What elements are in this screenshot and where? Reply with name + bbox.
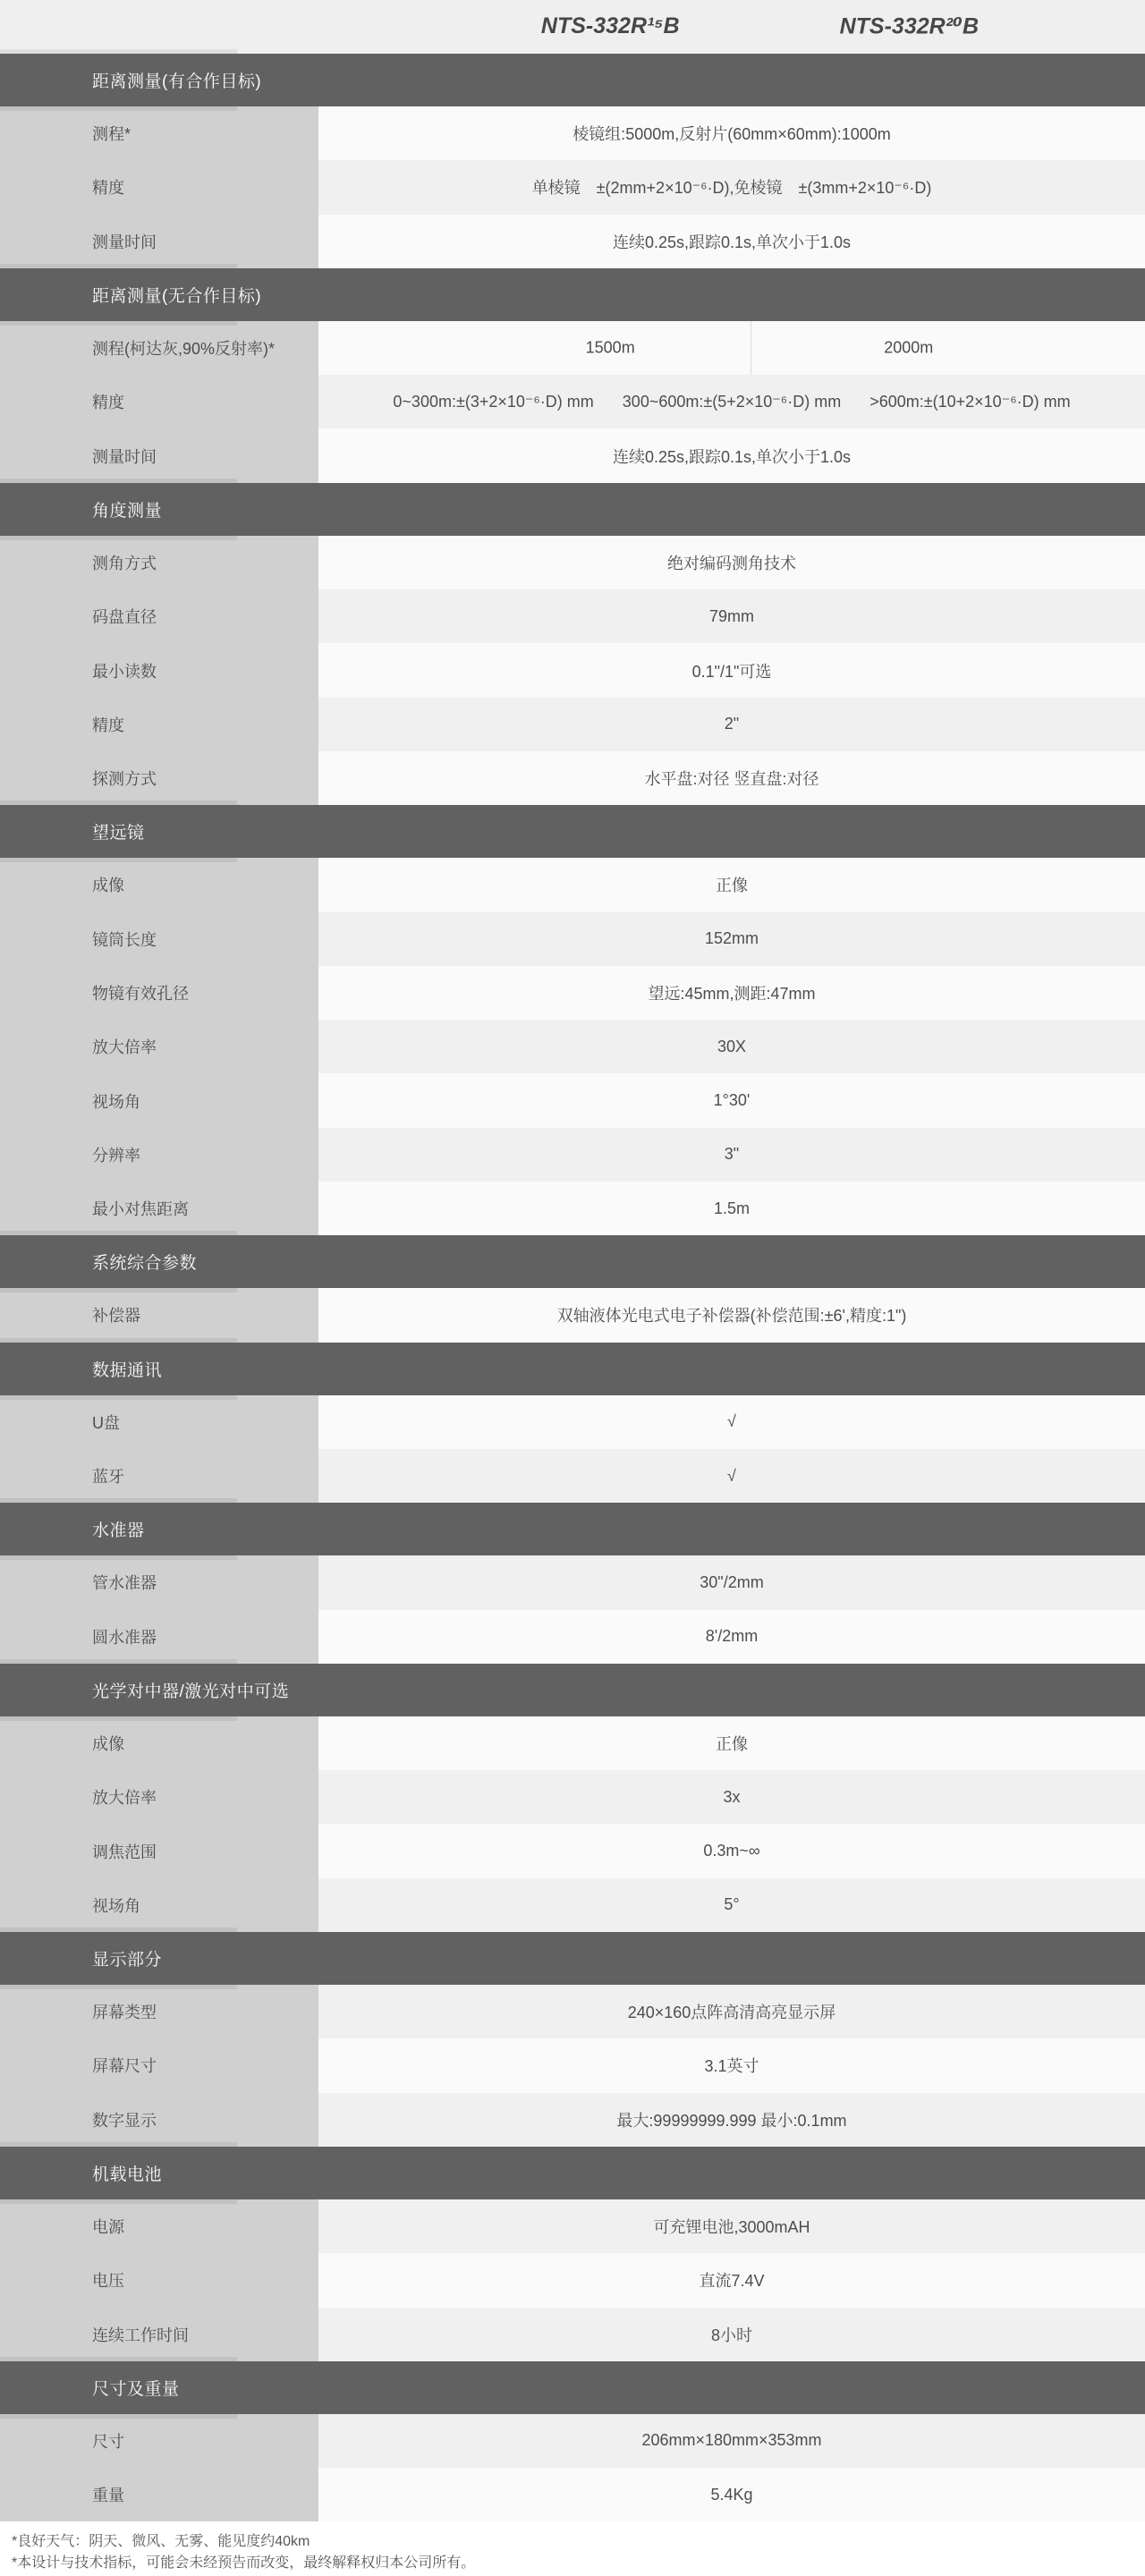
spec-value-cell: 2" [318,698,1145,751]
spec-label: 精度 [92,390,124,413]
spec-label-cell: 蓝牙 [0,1449,318,1503]
spec-sheet: NTS-332R¹⁵B NTS-332R²⁰B 距离测量(有合作目标)测程*棱镜… [0,0,1145,2576]
spec-label: 测程* [92,122,131,145]
spec-value: 3x [723,1788,740,1807]
product-name-r20b: NTS-332R²⁰B [840,13,979,39]
spec-label: 重量 [92,2483,124,2506]
spec-label: U盘 [92,1411,120,1434]
spec-value-cell: 连续0.25s,跟踪0.1s,单次小于1.0s [318,428,1145,482]
precision-segment: >600m:±(10+2×10⁻⁶·D) mm [869,393,1070,411]
spec-value: 1.5m [714,1199,750,1218]
spec-label-cell: 放大倍率 [0,1020,318,1073]
footnotes: *良好天气：阴天、微风、无雾、能见度约40km *本设计与技术指标，可能会未经预… [0,2521,1145,2574]
section-title: 望远镜 [0,819,145,843]
spec-value-cell: 0.1"/1"可选 [318,643,1145,697]
spec-value-cell: √ [318,1449,1145,1503]
spec-label: 视场角 [92,1089,140,1113]
spec-label: 镜筒长度 [92,928,157,951]
spec-value-cell: 5° [318,1878,1145,1932]
spec-label-cell: 调焦范围 [0,1824,318,1877]
spec-label-cell: 补偿器 [0,1288,318,1342]
spec-label-cell: 精度 [0,160,318,214]
spec-value: 0.3m~∞ [703,1842,759,1860]
section-header-bar: 光学对中器/激光对中可选 [0,1664,1145,1716]
spec-label: 放大倍率 [92,1785,157,1809]
spec-row: 物镜有效孔径望远:45mm,测距:47mm [0,966,1145,1020]
spec-value: 双轴液体光电式电子补偿器(补偿范围:±6',精度:1") [557,1303,907,1326]
spec-value-cell: 连续0.25s,跟踪0.1s,单次小于1.0s [318,215,1145,268]
spec-label-cell: 视场角 [0,1878,318,1932]
spec-value: √ [727,1412,736,1431]
spec-row: 最小读数0.1"/1"可选 [0,643,1145,697]
section-header-bar: 距离测量(无合作目标) [0,268,1145,321]
spec-value: 绝对编码测角技术 [667,551,796,574]
section-header-bar: 水准器 [0,1503,1145,1555]
precision-segment: 300~600m:±(5+2×10⁻⁶·D) mm [623,393,841,411]
spec-value: 单棱镜 ±(2mm+2×10⁻⁶·D),免棱镜 ±(3mm+2×10⁻⁶·D) [532,175,932,199]
spec-label: 数字显示 [92,2108,157,2131]
spec-row: 分辨率3" [0,1128,1145,1182]
spec-value-cell: 8'/2mm [318,1610,1145,1664]
spec-label-cell: 成像 [0,1716,318,1770]
section-header-bar: 望远镜 [0,805,1145,858]
spec-label-cell: 视场角 [0,1073,318,1127]
spec-value-cell: 绝对编码测角技术 [318,536,1145,589]
spec-value: 最大:99999999.999 最小:0.1mm [616,2108,846,2131]
spec-label-cell: 测程* [0,106,318,160]
spec-label-cell: 测量时间 [0,215,318,268]
spec-label-cell: 屏幕类型 [0,1985,318,2038]
spec-label: 屏幕类型 [92,2000,157,2023]
spec-value-cell: 152mm [318,912,1145,966]
spec-label: 测程(柯达灰,90%反射率)* [92,336,275,360]
spec-value: 206mm×180mm×353mm [641,2431,821,2450]
spec-row: 放大倍率30X [0,1020,1145,1073]
spec-row: 视场角1°30' [0,1073,1145,1127]
spec-label-cell: 测量时间 [0,428,318,482]
spec-label-cell: 重量 [0,2468,318,2521]
spec-row: 电源可充锂电池,3000mAH [0,2199,1145,2253]
spec-label: 放大倍率 [92,1035,157,1058]
spec-row: 圆水准器8'/2mm [0,1610,1145,1664]
spec-value: 正像 [716,1732,748,1755]
spec-label: 物镜有效孔径 [92,981,189,1004]
spec-label: 电源 [92,2215,124,2238]
spec-value-cell-multi: 0~300m:±(3+2×10⁻⁶·D) mm300~600m:±(5+2×10… [318,375,1145,428]
spec-value-cell: 206mm×180mm×353mm [318,2414,1145,2468]
spec-row: 测量时间连续0.25s,跟踪0.1s,单次小于1.0s [0,428,1145,482]
range-value-r15b: 1500m [586,339,635,358]
spec-label-cell: 圆水准器 [0,1610,318,1664]
spec-row: 精度0~300m:±(3+2×10⁻⁶·D) mm300~600m:±(5+2×… [0,375,1145,428]
spec-row: U盘√ [0,1395,1145,1449]
spec-value-cell-split: 1500m2000m [318,321,1145,375]
spec-row: 尺寸206mm×180mm×353mm [0,2414,1145,2468]
spec-value-cell: 240×160点阵高清高亮显示屏 [318,1985,1145,2038]
section-title: 角度测量 [0,497,162,521]
section-header-bar: 显示部分 [0,1932,1145,1985]
spec-value: 8小时 [711,2323,752,2346]
spec-label-cell: 最小读数 [0,643,318,697]
spec-row: 视场角5° [0,1878,1145,1932]
spec-row: 成像正像 [0,1716,1145,1770]
spec-label-cell: 物镜有效孔径 [0,966,318,1020]
spec-label: 最小对焦距离 [92,1197,189,1220]
spec-row: 数字显示最大:99999999.999 最小:0.1mm [0,2093,1145,2147]
spec-label: 管水准器 [92,1571,157,1594]
spec-value-cell: 1°30' [318,1073,1145,1127]
spec-value-cell: 单棱镜 ±(2mm+2×10⁻⁶·D),免棱镜 ±(3mm+2×10⁻⁶·D) [318,160,1145,214]
spec-label: 码盘直径 [92,605,157,628]
section-title: 距离测量(有合作目标) [0,68,261,92]
spec-value-cell: 可充锂电池,3000mAH [318,2199,1145,2253]
spec-label: 圆水准器 [92,1625,157,1648]
footnote-line: *良好天气：阴天、微风、无雾、能见度约40km [12,2531,1145,2553]
spec-label: 测量时间 [92,230,157,253]
spec-value: 240×160点阵高清高亮显示屏 [628,2000,836,2023]
spec-label-cell: 电源 [0,2199,318,2253]
spec-label-cell: 电压 [0,2253,318,2307]
spec-value: 连续0.25s,跟踪0.1s,单次小于1.0s [613,230,851,253]
spec-label: 补偿器 [92,1303,140,1326]
spec-value: 79mm [709,607,754,626]
spec-label-cell: 放大倍率 [0,1770,318,1824]
product-name-r15b: NTS-332R¹⁵B [541,13,680,39]
section-title: 距离测量(无合作目标) [0,283,261,307]
spec-value-cell: 8小时 [318,2308,1145,2361]
spec-value-cell: 0.3m~∞ [318,1824,1145,1877]
spec-row: 镜筒长度152mm [0,912,1145,966]
spec-label: 连续工作时间 [92,2323,189,2346]
spec-row: 成像正像 [0,858,1145,911]
spec-row: 重量5.4Kg [0,2468,1145,2521]
spec-row: 码盘直径79mm [0,589,1145,643]
spec-label: 调焦范围 [92,1840,157,1863]
spec-row: 连续工作时间8小时 [0,2308,1145,2361]
section-title: 机载电池 [0,2161,162,2185]
spec-label-cell: 屏幕尺寸 [0,2038,318,2092]
footnote-line: *本设计与技术指标，可能会未经预告而改变，最终解释权归本公司所有。 [12,2553,1145,2574]
spec-label-cell: 镜筒长度 [0,912,318,966]
spec-label: 探测方式 [92,767,157,790]
spec-label-cell: 测程(柯达灰,90%反射率)* [0,321,318,375]
spec-row: 精度2" [0,698,1145,751]
spec-label-cell: 码盘直径 [0,589,318,643]
spec-value: 棱镜组:5000m,反射片(60mm×60mm):1000m [572,122,891,145]
spec-value: 水平盘:对径 竖直盘:对径 [644,767,818,790]
spec-label: 最小读数 [92,659,157,682]
spec-value-cell: 30X [318,1020,1145,1073]
spec-value-cell: 直流7.4V [318,2253,1145,2307]
spec-value-cell: 棱镜组:5000m,反射片(60mm×60mm):1000m [318,106,1145,160]
spec-value-cell: 最大:99999999.999 最小:0.1mm [318,2093,1145,2147]
spec-row: 最小对焦距离1.5m [0,1182,1145,1235]
spec-value: 8'/2mm [706,1627,758,1646]
section-title: 尺寸及重量 [0,2376,180,2400]
section-header-bar: 距离测量(有合作目标) [0,54,1145,106]
spec-label-cell: 数字显示 [0,2093,318,2147]
spec-label: 成像 [92,1732,124,1755]
spec-label-cell: 管水准器 [0,1555,318,1609]
range-value-r20b: 2000m [884,339,933,358]
spec-value-cell: 望远:45mm,测距:47mm [318,966,1145,1020]
section-title: 显示部分 [0,1946,162,1970]
spec-label-cell: 分辨率 [0,1128,318,1182]
spec-value-cell: 30"/2mm [318,1555,1145,1609]
spec-value-cell: 正像 [318,1716,1145,1770]
spec-value: 152mm [705,929,759,948]
spec-value-cell: √ [318,1395,1145,1449]
spec-value: 5.4Kg [710,2486,752,2504]
spec-row: 管水准器30"/2mm [0,1555,1145,1609]
spec-value: 0.1"/1"可选 [692,659,772,682]
spec-label-cell: 精度 [0,375,318,428]
section-header-bar: 尺寸及重量 [0,2361,1145,2414]
section-title: 水准器 [0,1517,145,1541]
spec-label: 蓝牙 [92,1464,124,1487]
spec-row: 调焦范围0.3m~∞ [0,1824,1145,1877]
spec-label-cell: 精度 [0,698,318,751]
spec-label: 测角方式 [92,551,157,574]
spec-label: 视场角 [92,1894,140,1917]
spec-label: 测量时间 [92,445,157,468]
spec-row: 测程*棱镜组:5000m,反射片(60mm×60mm):1000m [0,106,1145,160]
spec-value: 直流7.4V [699,2268,764,2292]
spec-label: 分辨率 [92,1143,140,1166]
spec-row: 蓝牙√ [0,1449,1145,1503]
precision-segment: 0~300m:±(3+2×10⁻⁶·D) mm [393,393,593,411]
spec-value-cell: 双轴液体光电式电子补偿器(补偿范围:±6',精度:1") [318,1288,1145,1342]
spec-row: 精度单棱镜 ±(2mm+2×10⁻⁶·D),免棱镜 ±(3mm+2×10⁻⁶·D… [0,160,1145,214]
spec-value-cell: 79mm [318,589,1145,643]
spec-row: 探测方式水平盘:对径 竖直盘:对径 [0,751,1145,805]
spec-label: 屏幕尺寸 [92,2054,157,2077]
spec-value-cell: 1.5m [318,1182,1145,1235]
spec-table: 距离测量(有合作目标)测程*棱镜组:5000m,反射片(60mm×60mm):1… [0,54,1145,2521]
product-header-row: NTS-332R¹⁵B NTS-332R²⁰B [0,0,1145,54]
section-header-bar: 角度测量 [0,483,1145,536]
spec-value: 可充锂电池,3000mAH [653,2215,810,2238]
spec-label: 尺寸 [92,2429,124,2453]
spec-value-cell: 3" [318,1128,1145,1182]
spec-value-cell: 3x [318,1770,1145,1824]
section-title: 系统综合参数 [0,1250,197,1274]
spec-row: 测角方式绝对编码测角技术 [0,536,1145,589]
spec-label-cell: 最小对焦距离 [0,1182,318,1235]
spec-row: 测程(柯达灰,90%反射率)*1500m2000m [0,321,1145,375]
spec-value: 1°30' [714,1091,751,1110]
spec-label-cell: 连续工作时间 [0,2308,318,2361]
spec-label: 电压 [92,2268,124,2292]
section-header-bar: 系统综合参数 [0,1235,1145,1288]
spec-label-cell: 测角方式 [0,536,318,589]
column-divider [751,321,751,375]
spec-row: 放大倍率3x [0,1770,1145,1824]
spec-row: 屏幕类型240×160点阵高清高亮显示屏 [0,1985,1145,2038]
spec-row: 屏幕尺寸3.1英寸 [0,2038,1145,2092]
spec-label-cell: U盘 [0,1395,318,1449]
spec-value: 30X [717,1038,746,1056]
spec-value: 连续0.25s,跟踪0.1s,单次小于1.0s [613,445,851,468]
spec-value-cell: 5.4Kg [318,2468,1145,2521]
spec-value: 正像 [716,873,748,896]
spec-value-cell: 3.1英寸 [318,2038,1145,2092]
section-header-bar: 机载电池 [0,2147,1145,2199]
spec-value-cell: 正像 [318,858,1145,911]
spec-value: 3.1英寸 [704,2054,759,2077]
spec-label: 精度 [92,175,124,199]
spec-label: 精度 [92,713,124,736]
spec-row: 测量时间连续0.25s,跟踪0.1s,单次小于1.0s [0,215,1145,268]
spec-label-cell: 成像 [0,858,318,911]
spec-value: 5° [724,1895,739,1914]
spec-value-cell: 水平盘:对径 竖直盘:对径 [318,751,1145,805]
section-header-bar: 数据通讯 [0,1343,1145,1395]
spec-row: 电压直流7.4V [0,2253,1145,2307]
spec-label-cell: 探测方式 [0,751,318,805]
section-title: 光学对中器/激光对中可选 [0,1678,289,1702]
spec-label: 成像 [92,873,124,896]
spec-row: 补偿器双轴液体光电式电子补偿器(补偿范围:±6',精度:1") [0,1288,1145,1342]
spec-value: √ [727,1467,736,1486]
spec-label-cell: 尺寸 [0,2414,318,2468]
spec-value: 2" [725,715,739,733]
spec-value: 3" [725,1145,739,1164]
spec-value: 望远:45mm,测距:47mm [648,981,815,1004]
spec-value: 30"/2mm [700,1573,763,1592]
section-title: 数据通讯 [0,1357,162,1381]
